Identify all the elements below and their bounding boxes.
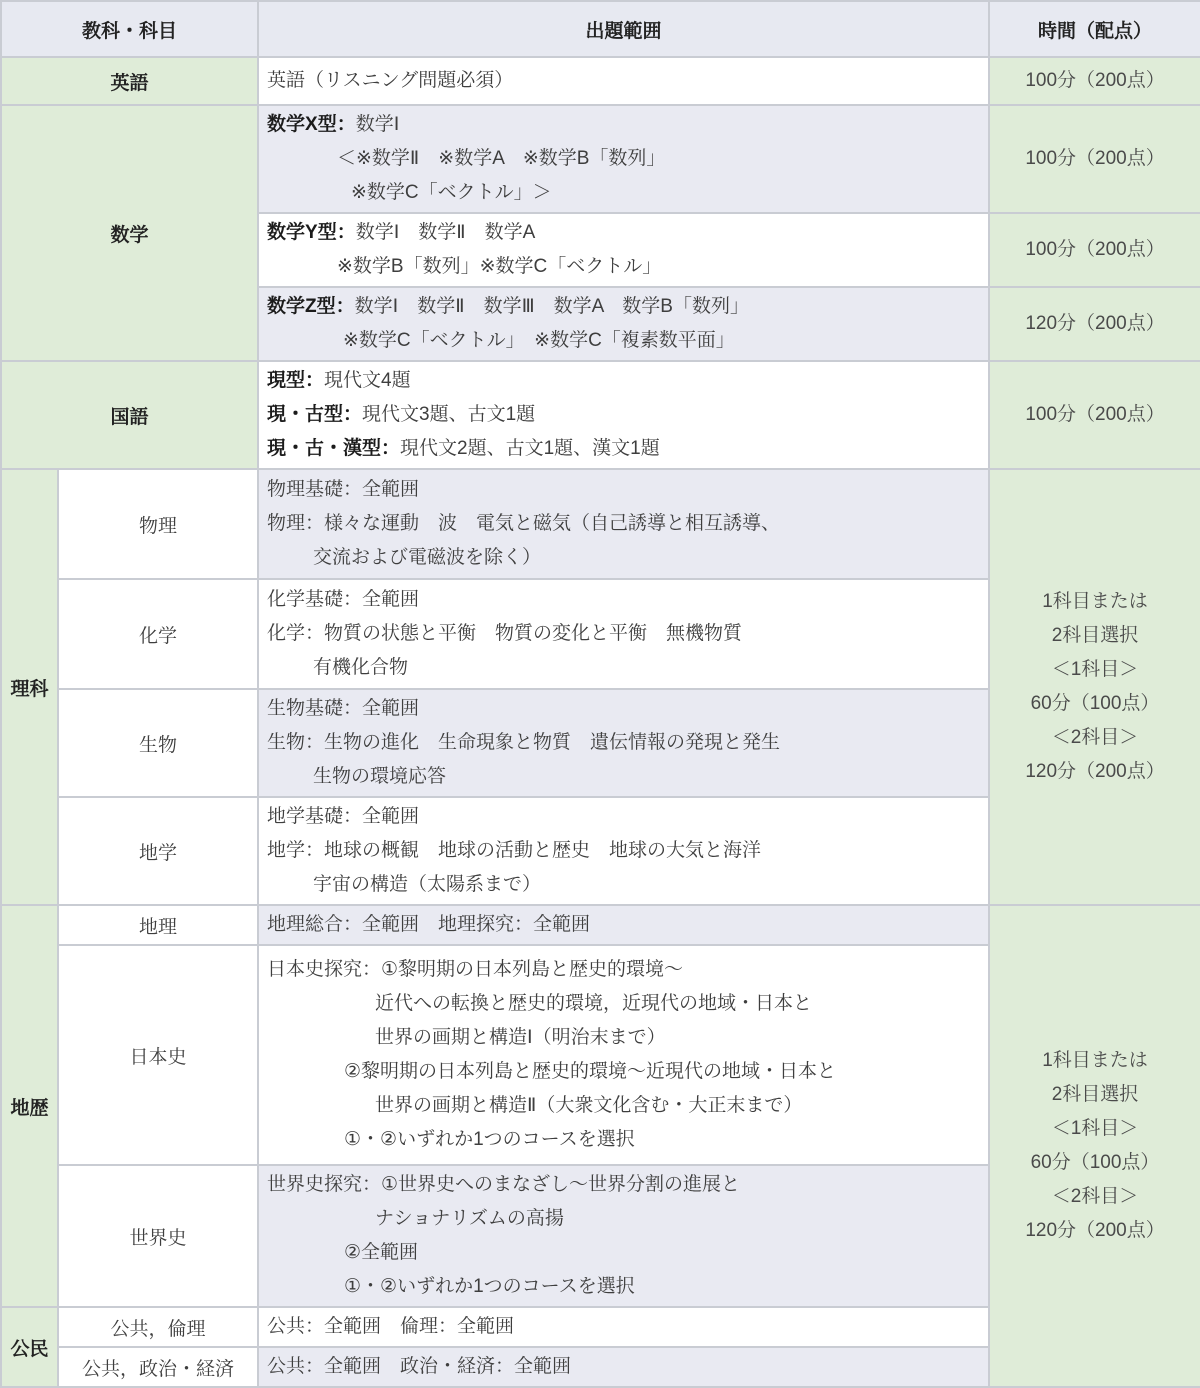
time-line: 2科目選択 (991, 619, 1199, 653)
range-civics-politics-economics: 公共：全範囲 政治・経済：全範囲 (258, 1347, 989, 1387)
subject-japanese-history: 日本史 (58, 945, 258, 1165)
range-line: ※数学C「ベクトル」＞ (267, 176, 980, 210)
range-line: ①・②いずれか1つのコースを選択 (267, 1123, 980, 1157)
time-line: 60分（100点） (991, 1146, 1199, 1180)
subject-biology: 生物 (58, 689, 258, 797)
time-japanese: 100分（200点） (989, 361, 1200, 469)
time-line: 1科目または (991, 1044, 1199, 1078)
time-line: 100分（200点） (991, 142, 1199, 176)
range-line: 公共：全範囲 倫理：全範囲 (267, 1310, 980, 1344)
range-line-text: ※数学C「ベクトル」 ※数学C「複素数平面」 (343, 330, 735, 351)
range-line-text: 物理基礎：全範囲 (267, 479, 419, 500)
range-math-z: 数学Z型：数学Ⅰ 数学Ⅱ 数学Ⅲ 数学A 数学B「数列」※数学C「ベクトル」 ※… (258, 287, 989, 361)
time-line: ＜1科目＞ (991, 653, 1199, 687)
range-line: 交流および電磁波を除く） (267, 541, 980, 575)
range-line: 有機化合物 (267, 651, 980, 685)
header-time: 時間（配点） (989, 1, 1200, 57)
range-line: ナショナリズムの高揚 (267, 1202, 980, 1236)
time-line: 120分（200点） (991, 755, 1199, 789)
time-math-y: 100分（200点） (989, 213, 1200, 287)
range-line-text: 生物：生物の進化 生命現象と物質 遺伝情報の発現と発生 (267, 732, 780, 753)
range-line-text: 現代文3題、古文1題 (362, 404, 535, 425)
range-line-text: 世界の画期と構造Ⅱ（大衆文化含む・大正末まで） (375, 1095, 802, 1116)
table-row: 英語英語（リスニング問題必須）100分（200点） (1, 57, 1200, 105)
subject-group-english: 英語 (1, 57, 258, 105)
range-line-text: 世界史探究：①世界史へのまなざし〜世界分割の進展と (267, 1174, 740, 1195)
range-line-text: 公共：全範囲 政治・経済：全範囲 (267, 1356, 571, 1377)
range-line-text: 地理総合：全範囲 地理探究：全範囲 (267, 914, 590, 935)
time-line: 2科目選択 (991, 1078, 1199, 1112)
range-line-text: 宇宙の構造（太陽系まで） (313, 874, 541, 895)
range-line: 公共：全範囲 政治・経済：全範囲 (267, 1350, 980, 1384)
header-subject: 教科・科目 (1, 1, 258, 57)
time-line: 60分（100点） (991, 687, 1199, 721)
range-line-text: 数学Ⅰ 数学Ⅱ 数学A (356, 222, 536, 243)
range-line-text: 生物の環境応答 (313, 766, 446, 787)
range-line-bold-prefix: 現・古・漢型： (267, 438, 400, 459)
time-line: 100分（200点） (991, 398, 1199, 432)
table-row: 理科物理物理基礎：全範囲物理：様々な運動 波 電気と磁気（自己誘導と相互誘導、交… (1, 469, 1200, 579)
subject-earth-science: 地学 (58, 797, 258, 905)
range-line: 生物：生物の進化 生命現象と物質 遺伝情報の発現と発生 (267, 726, 980, 760)
range-line: 数学Y型：数学Ⅰ 数学Ⅱ 数学A (267, 216, 980, 250)
range-line-text: 数学Ⅰ (356, 114, 400, 135)
time-science: 1科目または2科目選択＜1科目＞60分（100点）＜2科目＞120分（200点） (989, 469, 1200, 905)
range-line: 日本史探究：①黎明期の日本列島と歴史的環境〜 (267, 953, 980, 987)
range-line-bold-prefix: 数学X型： (267, 114, 356, 135)
range-math-y: 数学Y型：数学Ⅰ 数学Ⅱ 数学A※数学B「数列」※数学C「ベクトル」 (258, 213, 989, 287)
time-math-x: 100分（200点） (989, 105, 1200, 213)
range-line-text: ①・②いずれか1つのコースを選択 (344, 1129, 635, 1150)
range-line-text: 有機化合物 (313, 657, 408, 678)
range-world-history: 世界史探究：①世界史へのまなざし〜世界分割の進展とナショナリズムの高揚②全範囲①… (258, 1165, 989, 1307)
range-line: ②全範囲 (267, 1236, 980, 1270)
range-math-x: 数学X型：数学Ⅰ＜※数学Ⅱ ※数学A ※数学B「数列」※数学C「ベクトル」＞ (258, 105, 989, 213)
range-line-text: 地学基礎：全範囲 (267, 806, 419, 827)
range-line-bold-prefix: 現型： (267, 370, 324, 391)
range-line: 世界の画期と構造Ⅰ（明治末まで） (267, 1021, 980, 1055)
range-line: 化学：物質の状態と平衡 物質の変化と平衡 無機物質 (267, 617, 980, 651)
range-biology: 生物基礎：全範囲生物：生物の進化 生命現象と物質 遺伝情報の発現と発生生物の環境… (258, 689, 989, 797)
header-range: 出題範囲 (258, 1, 989, 57)
time-line: 120分（200点） (991, 1214, 1199, 1248)
range-line-bold-prefix: 数学Z型： (267, 296, 355, 317)
range-line: 生物基礎：全範囲 (267, 692, 980, 726)
range-line: 宇宙の構造（太陽系まで） (267, 868, 980, 902)
range-line: ①・②いずれか1つのコースを選択 (267, 1270, 980, 1304)
range-line-text: 近代への転換と歴史的環境，近現代の地域・日本と (375, 993, 812, 1014)
range-line: 現・古・漢型：現代文2題、古文1題、漢文1題 (267, 432, 980, 466)
subject-group-math: 数学 (1, 105, 258, 361)
subject-group-japanese: 国語 (1, 361, 258, 469)
subject-civics-ethics: 公共，倫理 (58, 1307, 258, 1347)
range-line: 近代への転換と歴史的環境，近現代の地域・日本と (267, 987, 980, 1021)
range-line-text: 公共：全範囲 倫理：全範囲 (267, 1316, 514, 1337)
table-row: 地歴地理地理総合：全範囲 地理探究：全範囲1科目または2科目選択＜1科目＞60分… (1, 905, 1200, 945)
range-line: 世界の画期と構造Ⅱ（大衆文化含む・大正末まで） (267, 1089, 980, 1123)
range-line: 数学Z型：数学Ⅰ 数学Ⅱ 数学Ⅲ 数学A 数学B「数列」 (267, 290, 980, 324)
exam-table-body: 英語英語（リスニング問題必須）100分（200点）数学数学X型：数学Ⅰ＜※数学Ⅱ… (1, 57, 1200, 1387)
range-line-text: ナショナリズムの高揚 (375, 1208, 564, 1229)
range-line-bold-prefix: 数学Y型： (267, 222, 356, 243)
range-earth-science: 地学基礎：全範囲地学：地球の概観 地球の活動と歴史 地球の大気と海洋宇宙の構造（… (258, 797, 989, 905)
range-line-text: 生物基礎：全範囲 (267, 698, 419, 719)
range-line-text: 物理：様々な運動 波 電気と磁気（自己誘導と相互誘導、 (267, 513, 780, 534)
time-line: 120分（200点） (991, 307, 1199, 341)
subject-physics: 物理 (58, 469, 258, 579)
range-line: 現・古型：現代文3題、古文1題 (267, 398, 980, 432)
range-physics: 物理基礎：全範囲物理：様々な運動 波 電気と磁気（自己誘導と相互誘導、交流および… (258, 469, 989, 579)
range-line: ＜※数学Ⅱ ※数学A ※数学B「数列」 (267, 142, 980, 176)
range-chemistry: 化学基礎：全範囲化学：物質の状態と平衡 物質の変化と平衡 無機物質有機化合物 (258, 579, 989, 689)
range-line: 物理：様々な運動 波 電気と磁気（自己誘導と相互誘導、 (267, 507, 980, 541)
subject-world-history: 世界史 (58, 1165, 258, 1307)
time-geo-history-civics: 1科目または2科目選択＜1科目＞60分（100点）＜2科目＞120分（200点） (989, 905, 1200, 1387)
range-line-text: 地学：地球の概観 地球の活動と歴史 地球の大気と海洋 (267, 840, 761, 861)
range-geography: 地理総合：全範囲 地理探究：全範囲 (258, 905, 989, 945)
subject-civics-politics-economics: 公共，政治・経済 (58, 1347, 258, 1387)
range-line-text: ＜※数学Ⅱ ※数学A ※数学B「数列」 (337, 148, 665, 169)
range-line: 地学：地球の概観 地球の活動と歴史 地球の大気と海洋 (267, 834, 980, 868)
time-line: 1科目または (991, 585, 1199, 619)
time-english: 100分（200点） (989, 57, 1200, 105)
range-line-text: 世界の画期と構造Ⅰ（明治末まで） (375, 1027, 666, 1048)
subject-group-science: 理科 (1, 469, 58, 905)
range-civics-ethics: 公共：全範囲 倫理：全範囲 (258, 1307, 989, 1347)
range-line: 化学基礎：全範囲 (267, 583, 980, 617)
subject-geography: 地理 (58, 905, 258, 945)
time-line: ＜2科目＞ (991, 1180, 1199, 1214)
range-line-text: 現代文2題、古文1題、漢文1題 (400, 438, 660, 459)
range-line-text: 交流および電磁波を除く） (313, 547, 541, 568)
range-line-text: 化学基礎：全範囲 (267, 589, 419, 610)
range-line: 地理総合：全範囲 地理探究：全範囲 (267, 908, 980, 942)
range-japanese: 現型：現代文4題現・古型：現代文3題、古文1題現・古・漢型：現代文2題、古文1題… (258, 361, 989, 469)
range-line-text: ②全範囲 (344, 1242, 418, 1263)
range-line-text: ①・②いずれか1つのコースを選択 (344, 1276, 635, 1297)
time-line: 100分（200点） (991, 64, 1199, 98)
range-japanese-history: 日本史探究：①黎明期の日本列島と歴史的環境〜近代への転換と歴史的環境，近現代の地… (258, 945, 989, 1165)
range-line: ※数学C「ベクトル」 ※数学C「複素数平面」 (267, 324, 980, 358)
range-line: 生物の環境応答 (267, 760, 980, 794)
subject-group-geo-history: 地歴 (1, 905, 58, 1307)
range-line-text: ②黎明期の日本列島と歴史的環境〜近現代の地域・日本と (344, 1061, 836, 1082)
range-line: ②黎明期の日本列島と歴史的環境〜近現代の地域・日本と (267, 1055, 980, 1089)
time-line: ＜2科目＞ (991, 721, 1199, 755)
range-line-bold-prefix: 現・古型： (267, 404, 362, 425)
range-line: 英語（リスニング問題必須） (267, 64, 980, 98)
range-english: 英語（リスニング問題必須） (258, 57, 989, 105)
range-line: 地学基礎：全範囲 (267, 800, 980, 834)
range-line-text: 化学：物質の状態と平衡 物質の変化と平衡 無機物質 (267, 623, 742, 644)
range-line-text: 現代文4題 (324, 370, 411, 391)
range-line-text: 英語（リスニング問題必須） (267, 70, 513, 91)
time-line: 100分（200点） (991, 233, 1199, 267)
range-line-text: ※数学C「ベクトル」＞ (351, 182, 552, 203)
subject-chemistry: 化学 (58, 579, 258, 689)
range-line: ※数学B「数列」※数学C「ベクトル」 (267, 250, 980, 284)
range-line-text: ※数学B「数列」※数学C「ベクトル」 (337, 256, 661, 277)
range-line: 数学X型：数学Ⅰ (267, 108, 980, 142)
table-row: 数学数学X型：数学Ⅰ＜※数学Ⅱ ※数学A ※数学B「数列」※数学C「ベクトル」＞… (1, 105, 1200, 213)
range-line: 世界史探究：①世界史へのまなざし〜世界分割の進展と (267, 1168, 980, 1202)
range-line-text: 数学Ⅰ 数学Ⅱ 数学Ⅲ 数学A 数学B「数列」 (355, 296, 749, 317)
range-line: 物理基礎：全範囲 (267, 473, 980, 507)
range-line-text: 日本史探究：①黎明期の日本列島と歴史的環境〜 (267, 959, 683, 980)
header-row: 教科・科目 出題範囲 時間（配点） (1, 1, 1200, 57)
subject-group-civics: 公民 (1, 1307, 58, 1387)
table-row: 国語現型：現代文4題現・古型：現代文3題、古文1題現・古・漢型：現代文2題、古文… (1, 361, 1200, 469)
time-line: ＜1科目＞ (991, 1112, 1199, 1146)
range-line: 現型：現代文4題 (267, 364, 980, 398)
exam-subjects-table: 教科・科目 出題範囲 時間（配点） 英語英語（リスニング問題必須）100分（20… (0, 0, 1200, 1388)
time-math-z: 120分（200点） (989, 287, 1200, 361)
